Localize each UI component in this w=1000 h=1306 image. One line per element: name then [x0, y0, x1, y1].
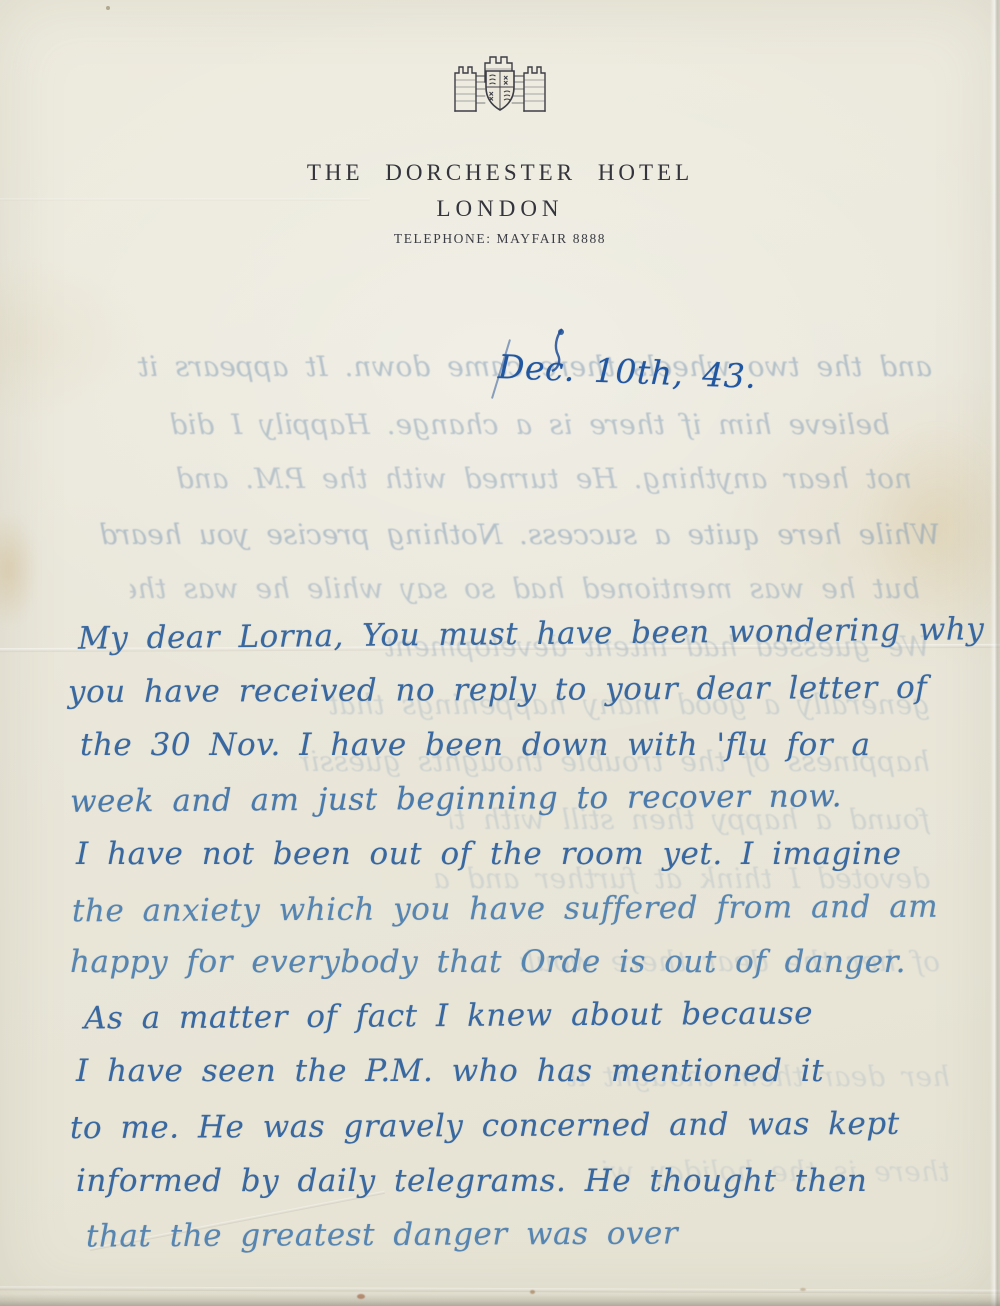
age-stain-left [0, 512, 38, 627]
letter-scan-page: and the two wheels there came down. It a… [0, 0, 1000, 1306]
fold-crease-bottom [0, 1286, 1000, 1293]
letter-line: informed by daily telegrams. He thought … [76, 1163, 867, 1199]
letter-line: I have not been out of the room yet. I i… [76, 836, 902, 872]
letter-line: happy for everybody that Orde is out of … [70, 944, 906, 980]
letter-line: that the greatest danger was over [86, 1215, 678, 1254]
hotel-telephone: TELEPHONE: MAYFAIR 8888 [0, 231, 1000, 247]
letter-line: you have received no reply to your dear … [68, 670, 927, 710]
letter-line: week and am just beginning to recover no… [70, 778, 842, 819]
paper-edge-bottom [0, 1294, 1000, 1306]
paper-edge-right [990, 0, 1000, 1306]
paper-speck [106, 6, 110, 10]
letter-line: the 30 Nov. I have been down with 'flu f… [80, 727, 870, 763]
ink-bleedthrough-line: but he was mentioned had so say while he… [130, 572, 920, 605]
ink-bleedthrough-line: not hear anything. He turned with the P.… [82, 462, 912, 495]
ink-bleedthrough-line: believe him if there is a change. Happil… [70, 408, 890, 441]
hotel-crest-icon [452, 54, 548, 130]
letter-line: As a matter of fact I knew about because [84, 995, 813, 1036]
ink-bleedthrough-line: While here quite a success. Nothing prec… [55, 518, 940, 551]
paper-speck [800, 1288, 806, 1291]
letter-line: I have seen the P.M. who has mentioned i… [76, 1053, 824, 1089]
letter-line: the anxiety which you have suffered from… [72, 889, 938, 930]
hotel-name: THE DORCHESTER HOTEL [0, 160, 1000, 186]
hotel-city: LONDON [0, 196, 1000, 222]
letter-line: to me. He was gravely concerned and was … [70, 1106, 900, 1146]
